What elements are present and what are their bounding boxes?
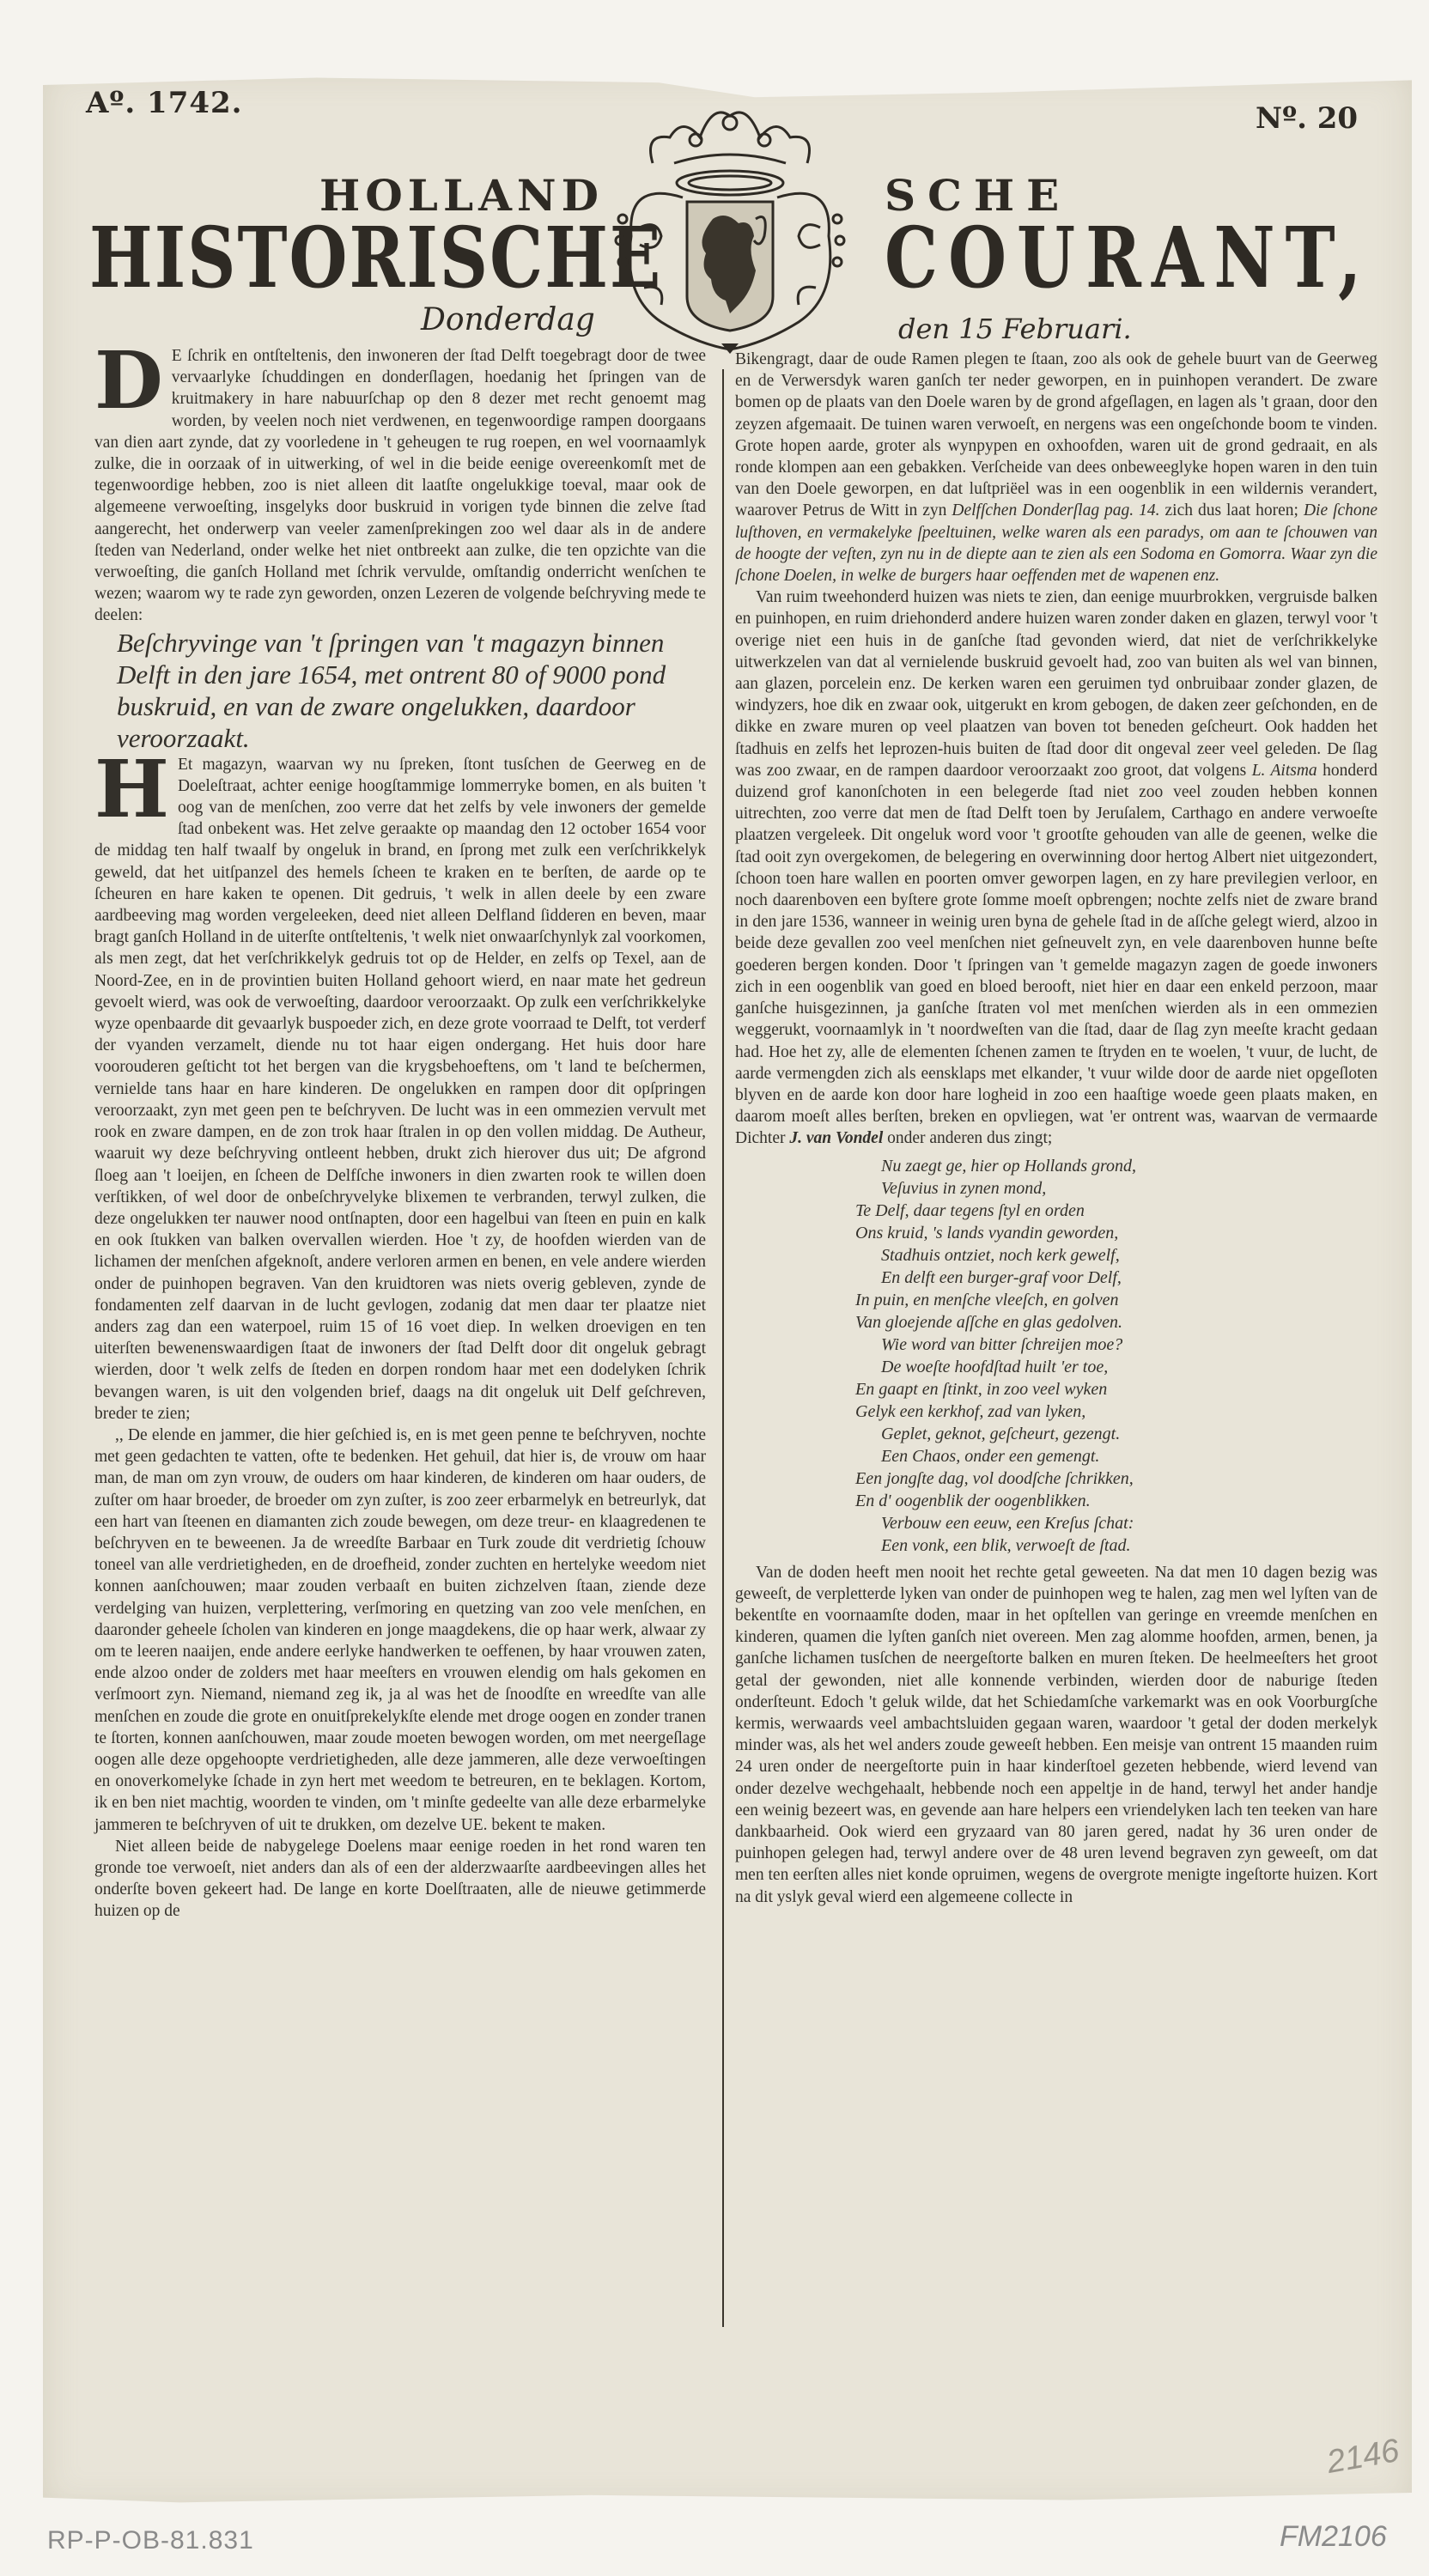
column-divider bbox=[722, 369, 724, 2327]
masthead-courant: COURANT, bbox=[885, 210, 1371, 307]
poem-line: Veſuvius in zynen mond, bbox=[735, 1177, 1377, 1200]
letter-quote: ,, De elende en jammer, die hier geſchie… bbox=[94, 1425, 706, 1836]
right-column: Bikengragt, daar de oude Ramen plegen te… bbox=[735, 349, 1377, 1908]
poem-line: Ons kruid, 's lands vyandin geworden, bbox=[735, 1222, 1377, 1244]
year-label: Aº. 1742. bbox=[86, 86, 243, 120]
poem-line: In puin, en menſche vleeſch, en golven bbox=[735, 1289, 1377, 1311]
weekday: Donderdag bbox=[421, 302, 595, 337]
poem-line: Te Delf, daar tegens ſtyl en orden bbox=[735, 1200, 1377, 1222]
poem-line: Een vonk, een blik, verwoeſt de ſtad. bbox=[735, 1534, 1377, 1557]
dropcap-d: D bbox=[94, 349, 163, 412]
poem-line: Verbouw een eeuw, een Kreſus ſchat: bbox=[735, 1512, 1377, 1534]
para-2-after: honderd duizend grof kanonſchoten in een… bbox=[735, 762, 1377, 1147]
right-paragraph-1: Bikengragt, daar de oude Ramen plegen te… bbox=[735, 349, 1377, 586]
left-column: DE ſchrik en ontſteltenis, den inwoneren… bbox=[94, 345, 706, 1923]
para-1-after: zich dus laat horen; bbox=[1165, 501, 1298, 519]
dropcap-h: H bbox=[94, 757, 169, 821]
para-2-text: Van ruim tweehonderd huizen was niets te… bbox=[735, 588, 1377, 780]
body-paragraph-1: HEt magazyn, waarvan wy nu ſpreken, ſton… bbox=[94, 754, 706, 1425]
poem-line: De woeſte hoofdſtad huilt 'er toe, bbox=[735, 1356, 1377, 1378]
inventory-number: RP-P-OB-81.831 bbox=[47, 2526, 254, 2555]
citation-delfschen-donderslag: Delfſchen Donderſlag pag. 14. bbox=[952, 501, 1159, 519]
issue-date: den 15 Februari. bbox=[898, 313, 1132, 345]
article-subheading: Beſchryvinge van 't ſpringen van 't maga… bbox=[94, 627, 706, 754]
poem-line: Een Chaos, onder een gemengt. bbox=[735, 1445, 1377, 1467]
poem-line: En d' oogenblik der oogenblikken. bbox=[735, 1490, 1377, 1512]
poem-line: Van gloejende aſſche en glas gedolven. bbox=[735, 1311, 1377, 1334]
intro-paragraph: DE ſchrik en ontſteltenis, den inwoneren… bbox=[94, 345, 706, 627]
para-1-text: Bikengragt, daar de oude Ramen plegen te… bbox=[735, 350, 1377, 519]
poem-line: Wie word van bitter ſchreijen moe? bbox=[735, 1334, 1377, 1356]
coat-of-arms-icon bbox=[610, 99, 850, 356]
catalog-mark: FM2106 bbox=[1280, 2520, 1387, 2554]
closing-paragraph: Niet alleen beide de nabygelege Doelens … bbox=[94, 1836, 706, 1923]
poem-line: Geplet, geknot, geſcheurt, gezengt. bbox=[735, 1423, 1377, 1445]
poem-line: Een jongſte dag, vol doodſche ſchrikken, bbox=[735, 1467, 1377, 1490]
vondel-poem: Nu zaegt ge, hier op Hollands grond, Veſ… bbox=[735, 1155, 1377, 1557]
para-2-end: onder anderen dus zingt; bbox=[887, 1129, 1052, 1147]
masthead-historische: HISTORISCHE bbox=[89, 210, 662, 307]
poem-line: En gaapt en ſtinkt, in zoo veel wyken bbox=[735, 1378, 1377, 1400]
aitsma-name: L. Aitsma bbox=[1252, 762, 1317, 780]
right-paragraph-2: Van ruim tweehonderd huizen was niets te… bbox=[735, 586, 1377, 1149]
body-text-1: Et magazyn, waarvan wy nu ſpreken, ſtont… bbox=[94, 756, 706, 1423]
poem-line: Nu zaegt ge, hier op Hollands grond, bbox=[735, 1155, 1377, 1177]
poem-line: Stadhuis ontziet, noch kerk gewelf, bbox=[735, 1244, 1377, 1267]
poem-line: Gelyk een kerkhof, zad van lyken, bbox=[735, 1400, 1377, 1423]
vondel-name: J. van Vondel bbox=[789, 1129, 883, 1147]
poem-line: En delft een burger-graf voor Delf, bbox=[735, 1267, 1377, 1289]
issue-number: Nº. 20 bbox=[1256, 101, 1358, 136]
intro-text: E ſchrik en ontſteltenis, den inwoneren … bbox=[94, 347, 706, 624]
right-paragraph-3: Van de doden heeft men nooit het rechte … bbox=[735, 1562, 1377, 1908]
